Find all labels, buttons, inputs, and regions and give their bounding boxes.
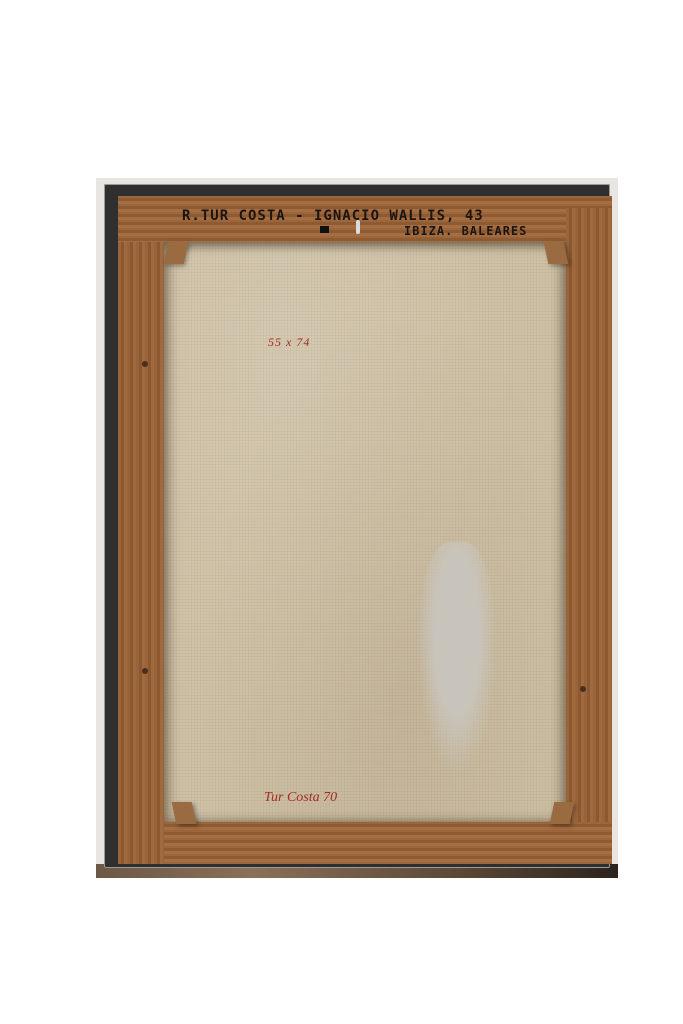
light-paint-patch: [418, 542, 496, 772]
wooden-stretcher: 55 x 74 Tur Costa 70 R.TUR COSTA - IGNAC…: [118, 196, 612, 864]
stretcher-bar-bottom: [162, 822, 612, 864]
wood-knot: [142, 668, 148, 674]
canvas-back: 55 x 74 Tur Costa 70: [164, 242, 566, 822]
dimensions-marking: 55 x 74: [268, 335, 310, 350]
stretcher-bar-right: [566, 208, 612, 822]
stretcher-inscription-line2: IBIZA. BALEARES: [404, 224, 527, 238]
stretcher-inscription-line1: R.TUR COSTA - IGNACIO WALLIS, 43: [182, 208, 484, 224]
wood-knot: [580, 686, 586, 692]
frame-edge: 55 x 74 Tur Costa 70 R.TUR COSTA - IGNAC…: [104, 184, 610, 868]
stretcher-bar-left: [118, 242, 164, 864]
painting-back-photo: 55 x 74 Tur Costa 70 R.TUR COSTA - IGNAC…: [96, 178, 618, 878]
artist-signature: Tur Costa 70: [264, 790, 337, 806]
staple: [356, 220, 360, 234]
inventory-label: [320, 226, 329, 233]
wood-knot: [142, 361, 148, 367]
